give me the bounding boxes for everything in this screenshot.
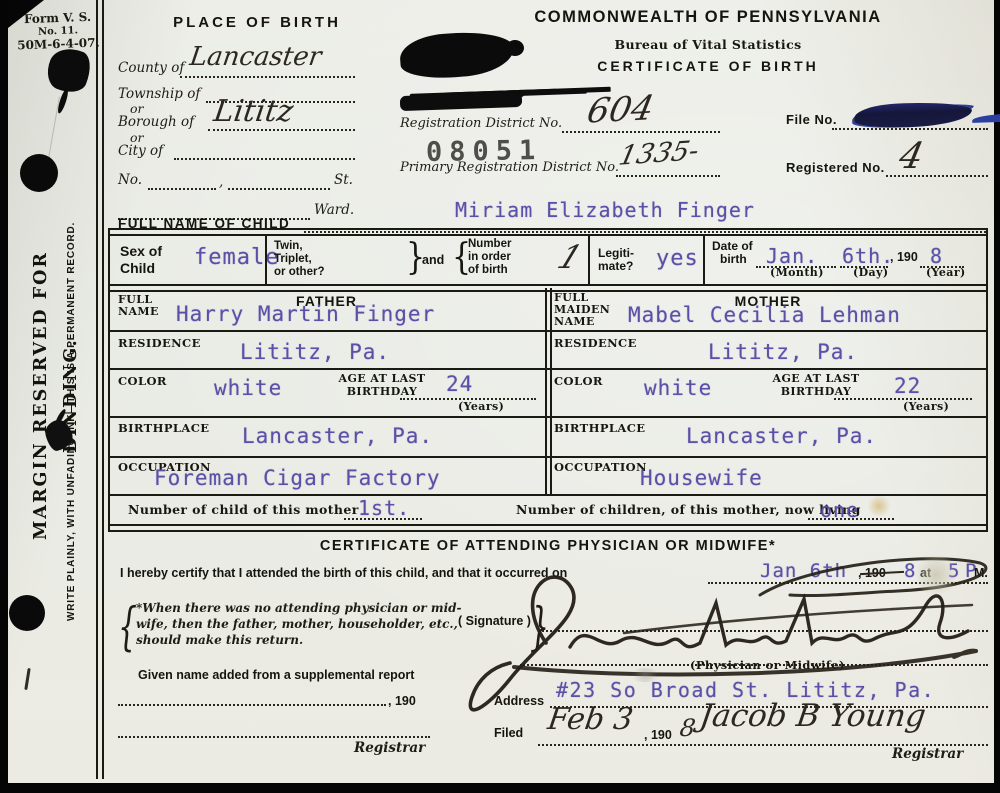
address-label: Address bbox=[494, 694, 544, 708]
father-birthplace-label: BIRTHPLACE bbox=[118, 421, 209, 435]
registration-district-label: Registration District No. bbox=[400, 116, 562, 131]
dob-year-value: 8 bbox=[930, 244, 943, 268]
signature-body bbox=[570, 596, 968, 647]
registration-district-value: 604 bbox=[584, 88, 658, 131]
registered-no-label: Registered No. bbox=[786, 160, 885, 175]
twin-triplet-label: Twin, Triplet, or other? bbox=[274, 240, 324, 279]
father-age-label: AGE AT LAST BIRTHDAY bbox=[336, 372, 428, 398]
mother-age-label-2: BIRTHDAY bbox=[770, 385, 862, 398]
dob-year-prefix: , 190 bbox=[890, 250, 918, 264]
signature-underline bbox=[514, 651, 976, 675]
dob-month-value: Jan. bbox=[766, 244, 818, 268]
borough-value: Lititz bbox=[212, 94, 296, 129]
street-name-line bbox=[228, 188, 330, 190]
and-label: and bbox=[422, 253, 444, 267]
child-row-divider-1 bbox=[265, 236, 267, 284]
filed-date-value: Feb 3 bbox=[546, 702, 636, 737]
table-border-right bbox=[986, 228, 988, 530]
note-line3: should make this return. bbox=[136, 632, 462, 648]
note-line1: *When there was no attending physician o… bbox=[136, 600, 462, 616]
margin-plainly-text: WRITE PLAINLY, WITH UNFADING INK—THIS IS… bbox=[62, 180, 82, 662]
punch-hole-top bbox=[20, 154, 58, 192]
occupation-rule bbox=[108, 494, 986, 496]
certificate-paper: Form V. S. No. 11. 50M-6-4-07. MARGIN RE… bbox=[8, 0, 994, 783]
date-of-birth-label: Date of birth bbox=[712, 240, 753, 266]
father-color-value: white bbox=[214, 376, 282, 400]
mother-birthplace-value: Lancaster, Pa. bbox=[686, 424, 877, 448]
file-no-line bbox=[832, 128, 988, 130]
children-living-value: one bbox=[820, 498, 859, 522]
dob-line2: birth bbox=[712, 253, 753, 266]
mother-occupation-value: Housewife bbox=[640, 466, 763, 490]
father-years-label: (Years) bbox=[458, 400, 504, 413]
filed-year-value: 8 bbox=[678, 714, 697, 742]
dob-day-value: 6th. bbox=[842, 244, 894, 268]
dob-year-sub: (Year) bbox=[926, 266, 966, 279]
parent-divider-outer bbox=[545, 288, 547, 496]
street-no-line bbox=[148, 188, 216, 190]
parent-divider-inner bbox=[550, 288, 552, 496]
margin-binding-text: MARGIN RESERVED FOR BINDING. bbox=[26, 192, 56, 600]
mother-name-value: Mabel Cecilia Lehman bbox=[628, 303, 901, 327]
order-line3: of birth bbox=[468, 264, 511, 277]
mother-birthplace-label: BIRTHPLACE bbox=[554, 421, 645, 435]
child-number-label: Number of child of this mother bbox=[128, 502, 359, 517]
commonwealth-heading: COMMONWEALTH OF PENNSYLVANIA bbox=[428, 8, 988, 27]
note-line2: wife, then the father, mother, household… bbox=[136, 616, 462, 632]
mother-age-label: AGE AT LAST BIRTHDAY bbox=[770, 372, 862, 398]
paper-stain-1 bbox=[866, 496, 892, 516]
order-of-birth-label: Number in order of birth bbox=[468, 238, 511, 277]
father-age-value: 24 bbox=[446, 372, 473, 396]
twin-line1: Twin, bbox=[274, 240, 324, 253]
father-residence-label: RESIDENCE bbox=[118, 336, 201, 350]
order-line1: Number bbox=[468, 238, 511, 251]
margin-rule-outer bbox=[96, 0, 98, 779]
street-label: St. bbox=[334, 172, 353, 188]
mother-occupation-label: OCCUPATION bbox=[554, 460, 647, 474]
registrar-right-label: Registrar bbox=[892, 746, 963, 762]
crossed-out-number bbox=[400, 92, 522, 111]
mother-age-label-1: AGE AT LAST bbox=[770, 372, 862, 385]
primary-district-line bbox=[616, 175, 720, 177]
township-label: Township of bbox=[118, 86, 200, 102]
father-age-label-1: AGE AT LAST bbox=[336, 372, 428, 385]
mother-name-label-3: NAME bbox=[554, 316, 610, 328]
sex-of-child-label: Sex of Child bbox=[120, 243, 162, 277]
dob-month-sub: (Month) bbox=[770, 266, 824, 279]
legit-line2: mate? bbox=[598, 260, 634, 273]
borough-label: Borough of bbox=[118, 114, 194, 130]
legitimate-label: Legiti- mate? bbox=[598, 247, 634, 273]
sex-label-line1: Sex of bbox=[120, 243, 162, 260]
filed-label: Filed bbox=[494, 726, 523, 740]
father-name-rule bbox=[108, 330, 986, 332]
legitimate-value: yes bbox=[656, 246, 699, 271]
midwife-note: *When there was no attending physician o… bbox=[136, 600, 462, 648]
certificate-heading: CERTIFICATE OF BIRTH bbox=[428, 58, 988, 74]
supplemental-line bbox=[118, 704, 386, 706]
mother-years-label: (Years) bbox=[903, 400, 949, 413]
street-no-label: No. bbox=[118, 172, 142, 188]
file-no-crossout bbox=[854, 101, 973, 129]
child-row-divider-2 bbox=[588, 236, 590, 284]
place-of-birth-heading: PLACE OF BIRTH bbox=[116, 14, 398, 31]
city-line bbox=[174, 158, 355, 160]
child-number-value: 1st. bbox=[358, 496, 410, 520]
children-living-label: Number of children, of this mother, now … bbox=[516, 502, 861, 517]
form-number-block: Form V. S. No. 11. 50M-6-4-07. bbox=[11, 10, 104, 52]
registrar-left-line bbox=[118, 736, 430, 738]
supplemental-label: Given name added from a supplemental rep… bbox=[138, 668, 414, 682]
borough-line bbox=[208, 129, 355, 131]
registrar-left-label: Registrar bbox=[354, 740, 425, 756]
sex-label-line2: Child bbox=[120, 260, 162, 277]
filed-year-prefix: , 190 bbox=[644, 728, 672, 742]
county-line bbox=[180, 76, 355, 78]
child-row-divider-3 bbox=[703, 236, 705, 284]
father-age-label-2: BIRTHDAY bbox=[336, 385, 428, 398]
paper-stain-2 bbox=[916, 552, 956, 598]
registered-no-value: 4 bbox=[896, 136, 928, 177]
primary-district-label: Primary Registration District No. bbox=[400, 160, 619, 175]
city-label: City of bbox=[118, 143, 163, 159]
filed-by-signature: Jacob B Young bbox=[697, 698, 928, 734]
pen-mark-bottom-margin bbox=[24, 668, 30, 690]
scanned-birth-certificate: Form V. S. No. 11. 50M-6-4-07. MARGIN RE… bbox=[0, 0, 1000, 793]
father-residence-value: Lititz, Pa. bbox=[240, 340, 390, 364]
margin-rule-inner bbox=[102, 0, 104, 779]
father-birthplace-value: Lancaster, Pa. bbox=[242, 424, 433, 448]
father-occupation-value: Foreman Cigar Factory bbox=[154, 466, 441, 490]
twin-line2: Triplet, bbox=[274, 253, 324, 266]
table-rule-top bbox=[108, 228, 988, 236]
order-of-birth-value: 1 bbox=[552, 238, 588, 276]
father-birthplace-rule bbox=[108, 456, 986, 458]
father-color-rule bbox=[108, 416, 986, 418]
dob-day-sub: (Day) bbox=[853, 266, 888, 279]
punch-hole-bottom bbox=[9, 595, 45, 631]
primary-district-value: 1335- bbox=[616, 135, 702, 171]
supplemental-year-label: , 190 bbox=[388, 694, 416, 708]
father-color-label: COLOR bbox=[118, 374, 167, 388]
note-brace-left: { bbox=[118, 598, 137, 658]
mother-color-label: COLOR bbox=[554, 374, 603, 388]
paper-stain-3 bbox=[628, 668, 662, 682]
ward-label: Ward. bbox=[314, 202, 354, 218]
mother-age-value: 22 bbox=[894, 374, 921, 398]
father-name-value: Harry Martin Finger bbox=[176, 302, 435, 326]
county-value: Lancaster bbox=[188, 42, 323, 72]
order-line2: in order bbox=[468, 251, 511, 264]
table-border-left bbox=[108, 228, 110, 530]
table-rule-bottom bbox=[108, 524, 988, 532]
mother-residence-label: RESIDENCE bbox=[554, 336, 637, 350]
twin-line3: or other? bbox=[274, 266, 324, 279]
table-rule-child bbox=[108, 284, 988, 292]
street-comma: , bbox=[219, 174, 223, 190]
child-name-value: Miriam Elizabeth Finger bbox=[455, 198, 755, 222]
redaction-blob-tip bbox=[506, 40, 524, 56]
file-no-label: File No. bbox=[786, 112, 837, 127]
county-label: County of bbox=[118, 60, 184, 76]
mother-color-value: white bbox=[644, 376, 712, 400]
father-residence-rule bbox=[108, 368, 986, 370]
mother-residence-value: Lititz, Pa. bbox=[708, 340, 858, 364]
